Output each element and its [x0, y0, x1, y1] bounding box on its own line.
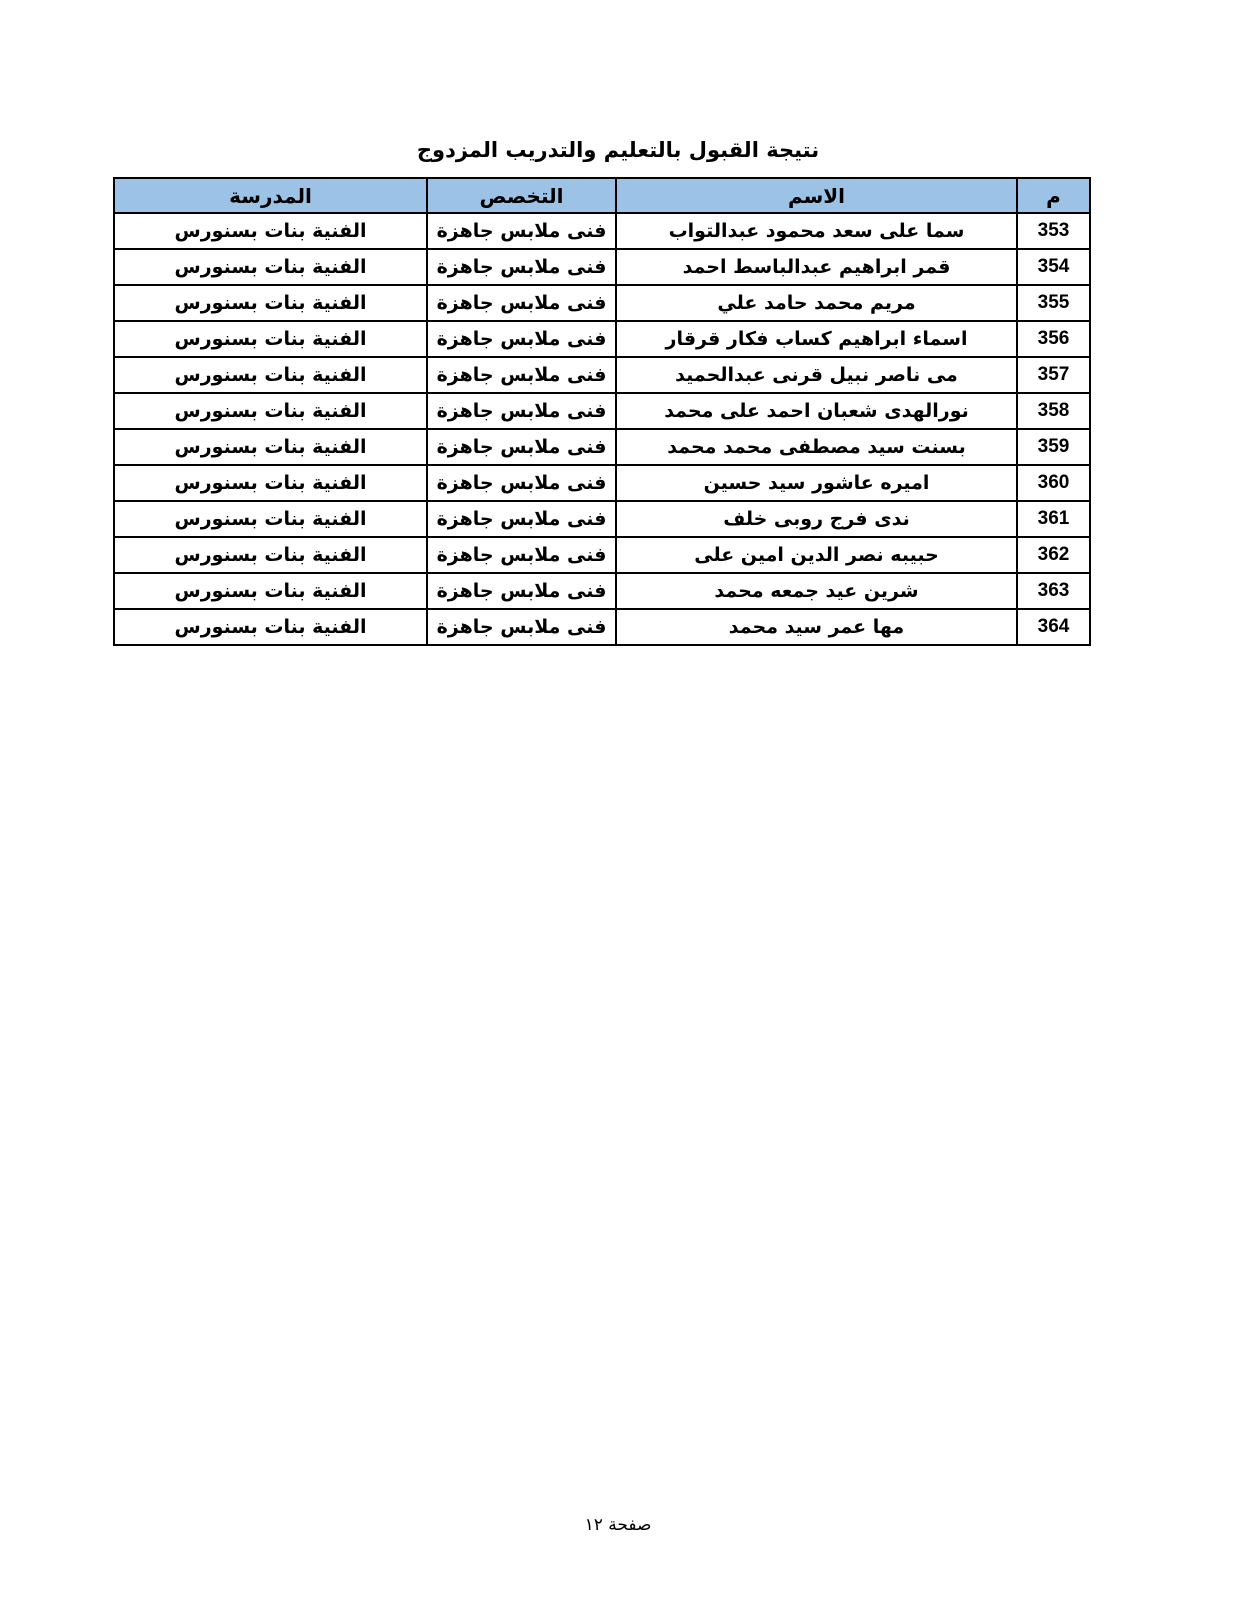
table-row: 358 نورالهدى شعبان احمد على محمد فنى ملا… — [114, 393, 1090, 429]
specialization-cell: فنى ملابس جاهزة — [427, 393, 616, 429]
page-title: نتيجة القبول بالتعليم والتدريب المزدوج — [0, 138, 1236, 162]
student-name-cell: قمر ابراهيم عبدالباسط احمد — [616, 249, 1017, 285]
specialization-cell: فنى ملابس جاهزة — [427, 609, 616, 645]
school-cell: الفنية بنات بسنورس — [114, 249, 427, 285]
table-body: 353 سما على سعد محمود عبدالتواب فنى ملاب… — [114, 213, 1090, 645]
serial-cell: 353 — [1017, 213, 1090, 249]
serial-cell: 362 — [1017, 537, 1090, 573]
student-name-cell: بسنت سيد مصطفى محمد محمد — [616, 429, 1017, 465]
student-name-cell: اسماء ابراهيم كساب فكار قرقار — [616, 321, 1017, 357]
student-name-cell: نورالهدى شعبان احمد على محمد — [616, 393, 1017, 429]
serial-cell: 358 — [1017, 393, 1090, 429]
specialization-cell: فنى ملابس جاهزة — [427, 285, 616, 321]
school-cell: الفنية بنات بسنورس — [114, 537, 427, 573]
student-name-cell: اميره عاشور سيد حسين — [616, 465, 1017, 501]
specialization-cell: فنى ملابس جاهزة — [427, 321, 616, 357]
document-page: { "page": { "title": "نتيجة القبول بالتع… — [0, 0, 1236, 1600]
page-number: صفحة ١٢ — [0, 1515, 1236, 1535]
table-row: 364 مها عمر سيد محمد فنى ملابس جاهزة الف… — [114, 609, 1090, 645]
table-row: 360 اميره عاشور سيد حسين فنى ملابس جاهزة… — [114, 465, 1090, 501]
specialization-cell: فنى ملابس جاهزة — [427, 213, 616, 249]
header-school: المدرسة — [114, 178, 427, 213]
specialization-cell: فنى ملابس جاهزة — [427, 537, 616, 573]
student-name-cell: مى ناصر نبيل قرنى عبدالحميد — [616, 357, 1017, 393]
serial-cell: 360 — [1017, 465, 1090, 501]
table-header: م الاسم التخصص المدرسة — [114, 178, 1090, 213]
school-cell: الفنية بنات بسنورس — [114, 285, 427, 321]
specialization-cell: فنى ملابس جاهزة — [427, 429, 616, 465]
serial-cell: 355 — [1017, 285, 1090, 321]
table-row: 356 اسماء ابراهيم كساب فكار قرقار فنى مل… — [114, 321, 1090, 357]
school-cell: الفنية بنات بسنورس — [114, 357, 427, 393]
table-row: 357 مى ناصر نبيل قرنى عبدالحميد فنى ملاب… — [114, 357, 1090, 393]
header-row: م الاسم التخصص المدرسة — [114, 178, 1090, 213]
table-row: 361 ندى فرج روبى خلف فنى ملابس جاهزة الف… — [114, 501, 1090, 537]
table-row: 359 بسنت سيد مصطفى محمد محمد فنى ملابس ج… — [114, 429, 1090, 465]
serial-cell: 364 — [1017, 609, 1090, 645]
results-table: م الاسم التخصص المدرسة 353 سما على سعد م… — [113, 177, 1091, 646]
serial-cell: 359 — [1017, 429, 1090, 465]
school-cell: الفنية بنات بسنورس — [114, 501, 427, 537]
student-name-cell: ندى فرج روبى خلف — [616, 501, 1017, 537]
specialization-cell: فنى ملابس جاهزة — [427, 573, 616, 609]
school-cell: الفنية بنات بسنورس — [114, 429, 427, 465]
specialization-cell: فنى ملابس جاهزة — [427, 501, 616, 537]
specialization-cell: فنى ملابس جاهزة — [427, 357, 616, 393]
table-row: 354 قمر ابراهيم عبدالباسط احمد فنى ملابس… — [114, 249, 1090, 285]
header-specialization: التخصص — [427, 178, 616, 213]
student-name-cell: حبيبه نصر الدين امين على — [616, 537, 1017, 573]
student-name-cell: سما على سعد محمود عبدالتواب — [616, 213, 1017, 249]
school-cell: الفنية بنات بسنورس — [114, 609, 427, 645]
serial-cell: 356 — [1017, 321, 1090, 357]
school-cell: الفنية بنات بسنورس — [114, 393, 427, 429]
student-name-cell: مها عمر سيد محمد — [616, 609, 1017, 645]
table-row: 353 سما على سعد محمود عبدالتواب فنى ملاب… — [114, 213, 1090, 249]
serial-cell: 354 — [1017, 249, 1090, 285]
school-cell: الفنية بنات بسنورس — [114, 573, 427, 609]
serial-cell: 357 — [1017, 357, 1090, 393]
student-name-cell: شرين عيد جمعه محمد — [616, 573, 1017, 609]
table-row: 355 مريم محمد حامد علي فنى ملابس جاهزة ا… — [114, 285, 1090, 321]
specialization-cell: فنى ملابس جاهزة — [427, 465, 616, 501]
serial-cell: 363 — [1017, 573, 1090, 609]
student-name-cell: مريم محمد حامد علي — [616, 285, 1017, 321]
results-table-container: م الاسم التخصص المدرسة 353 سما على سعد م… — [113, 177, 1091, 646]
specialization-cell: فنى ملابس جاهزة — [427, 249, 616, 285]
school-cell: الفنية بنات بسنورس — [114, 213, 427, 249]
school-cell: الفنية بنات بسنورس — [114, 465, 427, 501]
school-cell: الفنية بنات بسنورس — [114, 321, 427, 357]
serial-cell: 361 — [1017, 501, 1090, 537]
header-serial: م — [1017, 178, 1090, 213]
table-row: 363 شرين عيد جمعه محمد فنى ملابس جاهزة ا… — [114, 573, 1090, 609]
table-row: 362 حبيبه نصر الدين امين على فنى ملابس ج… — [114, 537, 1090, 573]
header-name: الاسم — [616, 178, 1017, 213]
